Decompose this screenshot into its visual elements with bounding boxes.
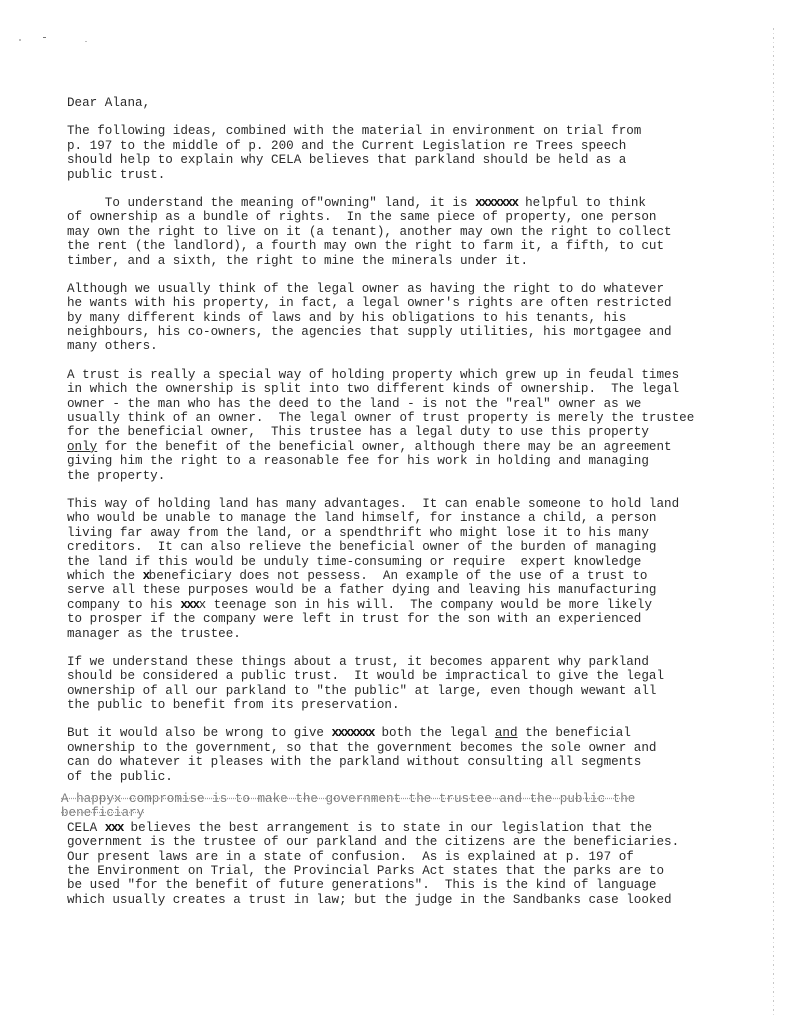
paragraph-public-trust: If we understand these things about a tr… <box>67 655 747 713</box>
scan-speck <box>85 41 87 42</box>
paragraph-line: But it would also be wrong to give xxxxx… <box>67 726 747 740</box>
paragraph-legal-owner: Although we usually think of the legal o… <box>67 282 747 354</box>
paragraph-line: CELA xxx believes the best arrangement i… <box>67 821 747 835</box>
paragraph-line: serve all these purposes would be a fath… <box>67 583 747 597</box>
paragraph-line: can do whatever it pleases with the park… <box>67 755 747 769</box>
paragraph-line: which usually creates a trust in law; bu… <box>67 893 747 907</box>
paragraph-bundle-of-rights: To understand the meaning of"owning" lan… <box>67 196 747 268</box>
paragraph-line: may own the right to live on it (a tenan… <box>67 225 747 239</box>
paragraph-line: company to his xxxx teenage son in his w… <box>67 598 747 612</box>
struck-line: beneficiary <box>61 806 747 820</box>
scanned-letter-page: Dear Alana, The following ideas, combine… <box>0 0 792 1024</box>
spacer <box>67 182 747 196</box>
paragraph-line: of the public. <box>67 770 747 784</box>
struck-line: A happyx compromise is to make the gover… <box>61 792 747 806</box>
scan-edge-artifact <box>773 28 774 1018</box>
underlined-word: and <box>495 726 518 740</box>
paragraph-line: ownership of all our parkland to "the pu… <box>67 684 747 698</box>
paragraph-line: A trust is really a special way of holdi… <box>67 368 747 382</box>
paragraph-line: creditors. It can also relieve the benef… <box>67 540 747 554</box>
paragraph-line: timber, and a sixth, the right to mine t… <box>67 254 747 268</box>
paragraph-line: usually think of an owner. The legal own… <box>67 411 747 425</box>
paragraph-government: But it would also be wrong to give xxxxx… <box>67 726 747 784</box>
paragraph-line: to prosper if the company were left in t… <box>67 612 747 626</box>
underlined-word: only <box>67 440 97 454</box>
paragraph-line: for the beneficial owner, This trustee h… <box>67 425 747 439</box>
paragraph-line: ownership to the government, so that the… <box>67 741 747 755</box>
letter-body: Dear Alana, The following ideas, combine… <box>67 96 747 907</box>
spacer <box>67 110 747 124</box>
struck-out-paragraph: A happyx compromise is to make the gover… <box>61 792 747 821</box>
typed-xout: xxx <box>105 821 123 835</box>
paragraph-line: The following ideas, combined with the m… <box>67 124 747 138</box>
paragraph-line: If we understand these things about a tr… <box>67 655 747 669</box>
paragraph-line: owner - the man who has the deed to the … <box>67 397 747 411</box>
spacer <box>67 641 747 655</box>
paragraph-line: who would be unable to manage the land h… <box>67 511 747 525</box>
spacer <box>67 712 747 726</box>
paragraph-line: should help to explain why CELA believes… <box>67 153 747 167</box>
paragraph-line: of ownership as a bundle of rights. In t… <box>67 210 747 224</box>
paragraph-line: by many different kinds of laws and by h… <box>67 311 747 325</box>
paragraph-advantages: This way of holding land has many advant… <box>67 497 747 641</box>
paragraph-line: manager as the trustee. <box>67 627 747 641</box>
paragraph-line: To understand the meaning of"owning" lan… <box>67 196 747 210</box>
paragraph-line: neighbours, his co-owners, the agencies … <box>67 325 747 339</box>
paragraph-line: which the xbeneficiary does not pessess.… <box>67 569 747 583</box>
paragraph-line: living far away from the land, or a spen… <box>67 526 747 540</box>
paragraph-line: Our present laws are in a state of confu… <box>67 850 747 864</box>
paragraph-line: This way of holding land has many advant… <box>67 497 747 511</box>
paragraph-intro: The following ideas, combined with the m… <box>67 124 747 182</box>
paragraph-trust-definition: A trust is really a special way of holdi… <box>67 368 747 483</box>
paragraph-cela-position: CELA xxx believes the best arrangement i… <box>67 821 747 907</box>
paragraph-line: public trust. <box>67 168 747 182</box>
paragraph-line: government is the trustee of our parklan… <box>67 835 747 849</box>
scan-speck <box>19 39 21 41</box>
paragraph-line: Although we usually think of the legal o… <box>67 282 747 296</box>
typed-xout: xxx <box>180 598 198 612</box>
spacer <box>67 784 747 792</box>
paragraph-line: giving him the right to a reasonable fee… <box>67 454 747 468</box>
greeting: Dear Alana, <box>67 96 747 110</box>
scan-speck <box>43 37 46 38</box>
spacer <box>67 268 747 282</box>
typed-xout: xxxxxxx <box>332 726 374 740</box>
paragraph-line: should be considered a public trust. It … <box>67 669 747 683</box>
typed-xout: xxxxxxx <box>475 196 517 210</box>
paragraph-line: the land if this would be unduly time-co… <box>67 555 747 569</box>
paragraph-line: he wants with his property, in fact, a l… <box>67 296 747 310</box>
spacer <box>67 483 747 497</box>
paragraph-line: be used "for the benefit of future gener… <box>67 878 747 892</box>
paragraph-line: the public to benefit from its preservat… <box>67 698 747 712</box>
paragraph-line: the property. <box>67 469 747 483</box>
paragraph-line: many others. <box>67 339 747 353</box>
spacer <box>67 354 747 368</box>
paragraph-line: only for the benefit of the beneficial o… <box>67 440 747 454</box>
paragraph-line: in which the ownership is split into two… <box>67 382 747 396</box>
paragraph-line: p. 197 to the middle of p. 200 and the C… <box>67 139 747 153</box>
paragraph-line: the Environment on Trial, the Provincial… <box>67 864 747 878</box>
paragraph-line: the rent (the landlord), a fourth may ow… <box>67 239 747 253</box>
